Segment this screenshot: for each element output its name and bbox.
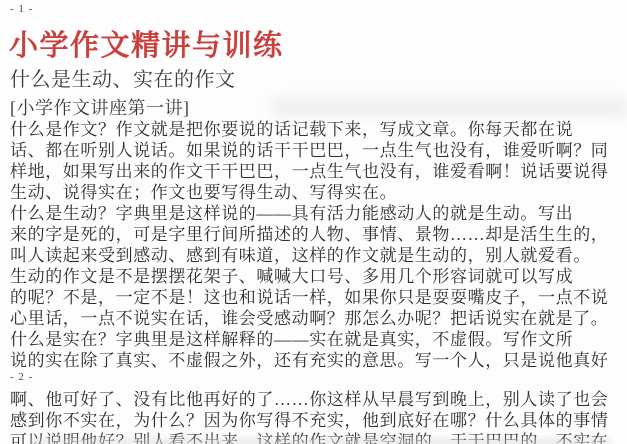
text-line: 的呢？不是，一定不是！这也和说话一样，如果你只是耍耍嘴皮子，一点不说: [10, 287, 608, 308]
page-number-marker-2: - 2 -: [10, 371, 33, 383]
text-line: 样地，如果写出来的作文干干巴巴，一点生气也没有，谁爱看啊！说话要说得: [10, 161, 608, 182]
text-line: 说的实在除了真实、不虚假之外，还有充实的意思。写一个人，只是说他真好: [10, 350, 608, 371]
text-line: 什么是生动？字典里是这样说的——具有活力能感动人的就是生动。写出: [10, 203, 608, 224]
section-heading: [小学作文讲座第一讲]: [10, 94, 190, 120]
text-line: 叫人读起来受到感动、感到有味道，这样的作文就是生动的，别人就爱看。: [10, 245, 608, 266]
text-line: 可以说明他好？别人看不出来，这样的作文就是空洞的，干干巴巴的，不实在: [10, 431, 608, 444]
text-line: 生动、说得实在；作文也要写得生动、写得实在。: [10, 182, 608, 203]
text-line: 啊、他可好了、没有比他再好的了……你这样从早晨写到晚上，别人读了也会: [10, 389, 608, 410]
page-number-marker-1: - 1 -: [10, 3, 33, 15]
scan-artifact-smudge: [272, 98, 627, 116]
book-title: 小学作文精讲与训练: [9, 23, 284, 64]
body-text-page2: 啊、他可好了、没有比他再好的了……你这样从早晨写到晚上，别人读了也会感到你不实在…: [10, 389, 608, 444]
text-line: 心里话，一点不说实在话，谁会受感动啊？那怎么办呢？把话说实在就是了。: [10, 308, 608, 329]
text-line: 来的字是死的，可是字里行间所描述的人物、事情、景物……却是活生生的，: [10, 224, 608, 245]
text-line: 感到你不实在，为什么？因为你写得不充实，他到底好在哪？什么具体的事情: [10, 410, 608, 431]
text-line: 生动的作文是不是摆摆花架子、喊喊大口号、多用几个形容词就可以写成: [10, 266, 608, 287]
document-page: - 1 - 小学作文精讲与训练 什么是生动、实在的作文 [小学作文讲座第一讲] …: [0, 0, 627, 444]
text-line: 话、都在听别人说话。如果说的话干干巴巴，一点生气也没有，谁爱听啊？同: [10, 140, 608, 161]
text-line: 什么是作文？作文就是把你要说的话记载下来，写成文章。你每天都在说: [10, 119, 608, 140]
text-line: 什么是实在？字典里是这样解释的——实在就是真实，不虚假。写作文所: [10, 329, 608, 350]
body-text-page1: 什么是作文？作文就是把你要说的话记载下来，写成文章。你每天都在说话、都在听别人说…: [10, 119, 608, 371]
chapter-title: 什么是生动、实在的作文: [10, 63, 236, 92]
